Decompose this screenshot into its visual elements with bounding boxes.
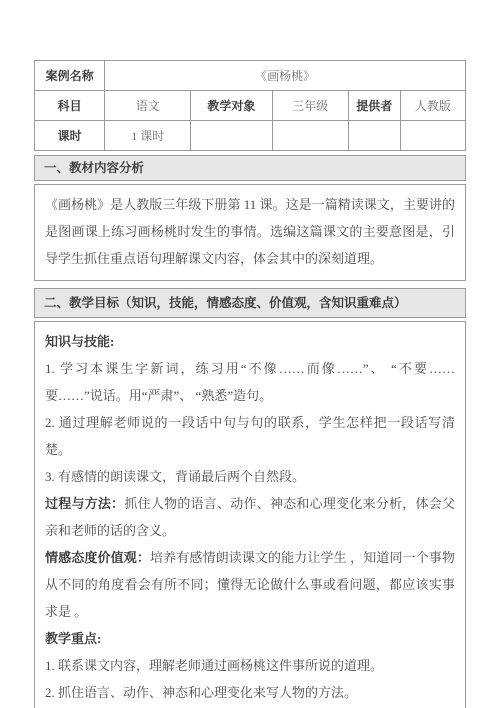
paragraph: 情感态度价值观：培养有感情朗读课文的能力让学生 ，知道同一个事物从不同的角度看会… [45,544,455,625]
paragraph-text: 1. 联系课文内容，理解老师通过画杨桃这件事所说的道理。 [45,658,383,673]
paragraph-text: 3. 有感情的朗读课文，背诵最后两个自然段。 [45,469,305,484]
document-page: 案例名称 《画杨桃》 科目 语文 教学对象 三年级 提供者 人教版 课时 1 课… [0,0,500,708]
audience-value: 三年级 [272,91,348,121]
paragraph-lead: 情感态度价值观： [45,550,150,565]
period-label: 课时 [35,121,105,151]
empty-cell [400,121,465,151]
case-name-label: 案例名称 [35,61,105,91]
paragraph-lead: 教学重点: [45,631,101,646]
period-value: 1 课时 [105,121,191,151]
paragraph: 教学重点: [45,625,455,652]
paragraph-text: 2. 通过理解老师说的一段话中句与句的联系，学生怎样把一段话写清楚。 [45,415,455,457]
paragraph-lead: 过程与方法： [45,496,124,511]
paragraph: 知识与技能: [45,328,455,355]
provider-label: 提供者 [348,91,400,121]
table-row-subject: 科目 语文 教学对象 三年级 提供者 人教版 [35,91,466,121]
section2-header: 二、教学目标（知识，技能，情感态度、价值观，含知识重难点） [34,288,466,318]
paragraph: 1. 联系课文内容，理解老师通过画杨桃这件事所说的道理。 [45,652,455,679]
empty-cell [191,121,272,151]
paragraph: 3. 有感情的朗读课文，背诵最后两个自然段。 [45,463,455,490]
subject-label: 科目 [35,91,105,121]
section1-body: 《画杨桃》是人教版三年级下册第 11 课。这是一篇精读课文，主要讲的是图画课上练… [34,184,466,281]
audience-label: 教学对象 [191,91,272,121]
paragraph: 《画杨桃》是人教版三年级下册第 11 课。这是一篇精读课文，主要讲的是图画课上练… [45,191,455,272]
provider-value: 人教版 [400,91,465,121]
paragraph: 2. 抓住语言、动作、神态和心理变化来写人物的方法。 [45,679,455,706]
paragraph: 过程与方法：抓住人物的语言、动作、神态和心理变化来分析，体会父亲和老师的话的含义… [45,490,455,544]
paragraph: 1. 学习本课生字新词，练习用“不像……而像……”、 “不要……要……”说话。用… [45,355,455,409]
section2-body: 知识与技能: 1. 学习本课生字新词，练习用“不像……而像……”、 “不要……要… [34,321,466,708]
paragraph-lead: 知识与技能: [45,334,114,349]
paragraph-text: 1. 学习本课生字新词，练习用“不像……而像……”、 “不要……要……”说话。用… [45,361,455,403]
empty-cell [348,121,400,151]
section1-header: 一、教材内容分析 [34,155,466,181]
table-row-period: 课时 1 课时 [35,121,466,151]
subject-value: 语文 [105,91,191,121]
table-row-case-name: 案例名称 《画杨桃》 [35,61,466,91]
case-name-value: 《画杨桃》 [105,61,466,91]
paragraph: 2. 通过理解老师说的一段话中句与句的联系，学生怎样把一段话写清楚。 [45,409,455,463]
paragraph-text: 2. 抓住语言、动作、神态和心理变化来写人物的方法。 [45,685,357,700]
case-info-table: 案例名称 《画杨桃》 科目 语文 教学对象 三年级 提供者 人教版 课时 1 课… [34,60,466,151]
empty-cell [272,121,348,151]
